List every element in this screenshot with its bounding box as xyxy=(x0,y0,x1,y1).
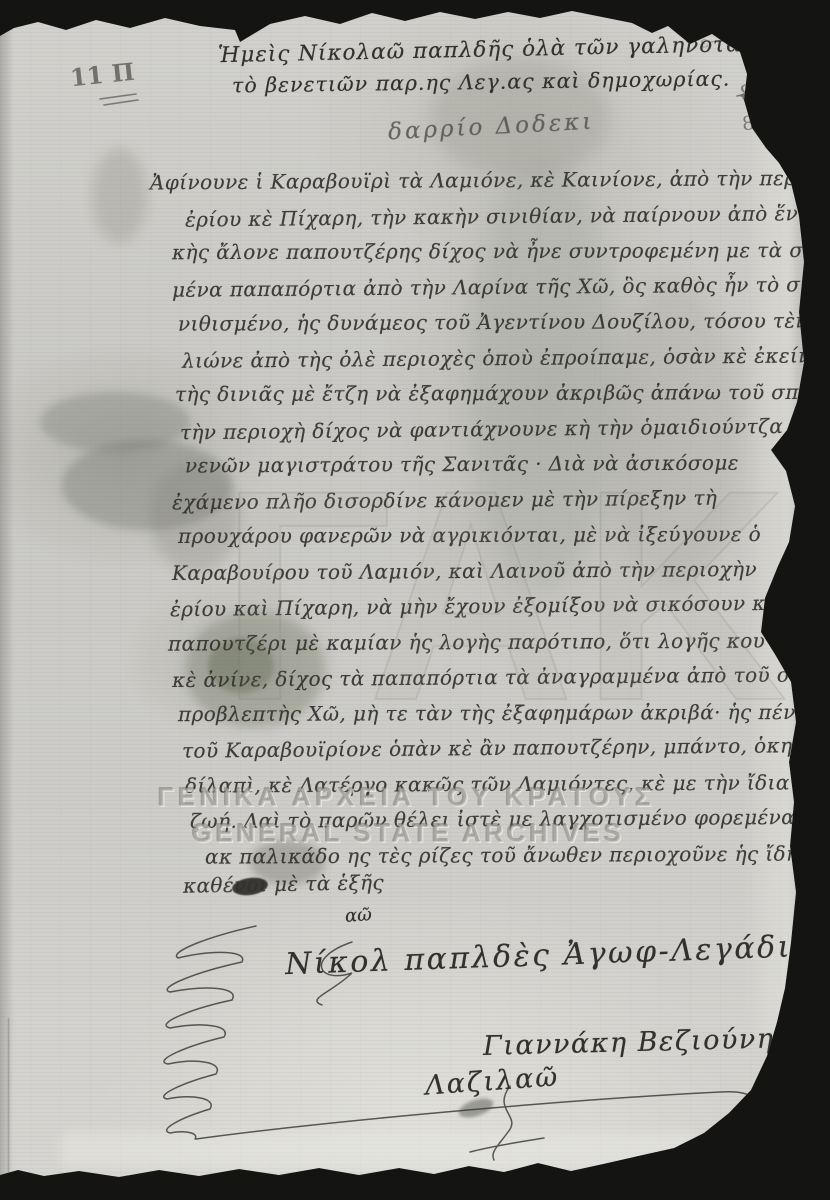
signature-1-superscript: αῶ xyxy=(344,904,372,927)
tear-highlight xyxy=(60,1132,700,1168)
stain xyxy=(92,148,147,243)
folio-number: 87 xyxy=(741,111,767,135)
body-line: Ἀφίνουνε ἱ Καραβουϊρὶ τὰ Λαμιόνε, κὲ Και… xyxy=(150,166,830,195)
scan-background: 11 Π 88 87 ε— δαρρίο Δοδεκι Ἡμεὶς Νίκολα… xyxy=(0,0,830,1200)
paper-sheet: 11 Π 88 87 ε— δαρρίο Δοδεκι Ἡμεὶς Νίκολα… xyxy=(0,0,830,1200)
folio-number-crossed: 88 xyxy=(738,77,771,107)
crease-line xyxy=(8,1018,9,1178)
closing-line: καθένοι μὲ τὰ ἑξῆς xyxy=(183,870,384,898)
watermark-text-english: GENERAL STATE ARCHIVES xyxy=(192,818,625,849)
watermark-text-greek: ΓΕΝΙΚΑ ΑΡΧΕΙΑ ΤΟΥ ΚΡΑΤΟΥΣ xyxy=(158,782,655,813)
body-line: νιθισμένο, ἡς δυνάμεος τοῦ Ἀγεντίνου Δου… xyxy=(178,308,830,335)
body-line: τὴς δινιᾶς μὲ ἔτζη νὰ ἐξαφημάχουν ἀκριβῶ… xyxy=(175,380,830,406)
body-line: κὴς ἄλονε παπουτζέρης δίχος νὰ ἦνε συντρ… xyxy=(172,238,830,264)
archive-emblem-watermark: ΓΑΚ xyxy=(220,445,795,745)
